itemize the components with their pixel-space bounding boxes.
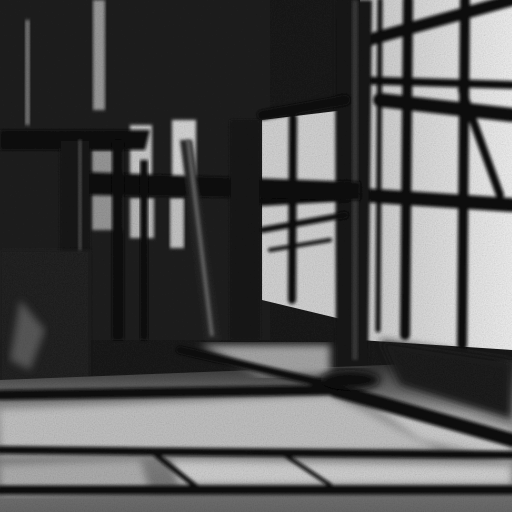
artwork-canvas	[0, 0, 512, 512]
charcoal-interior-artwork	[0, 0, 512, 512]
artwork-layers	[0, 0, 512, 512]
